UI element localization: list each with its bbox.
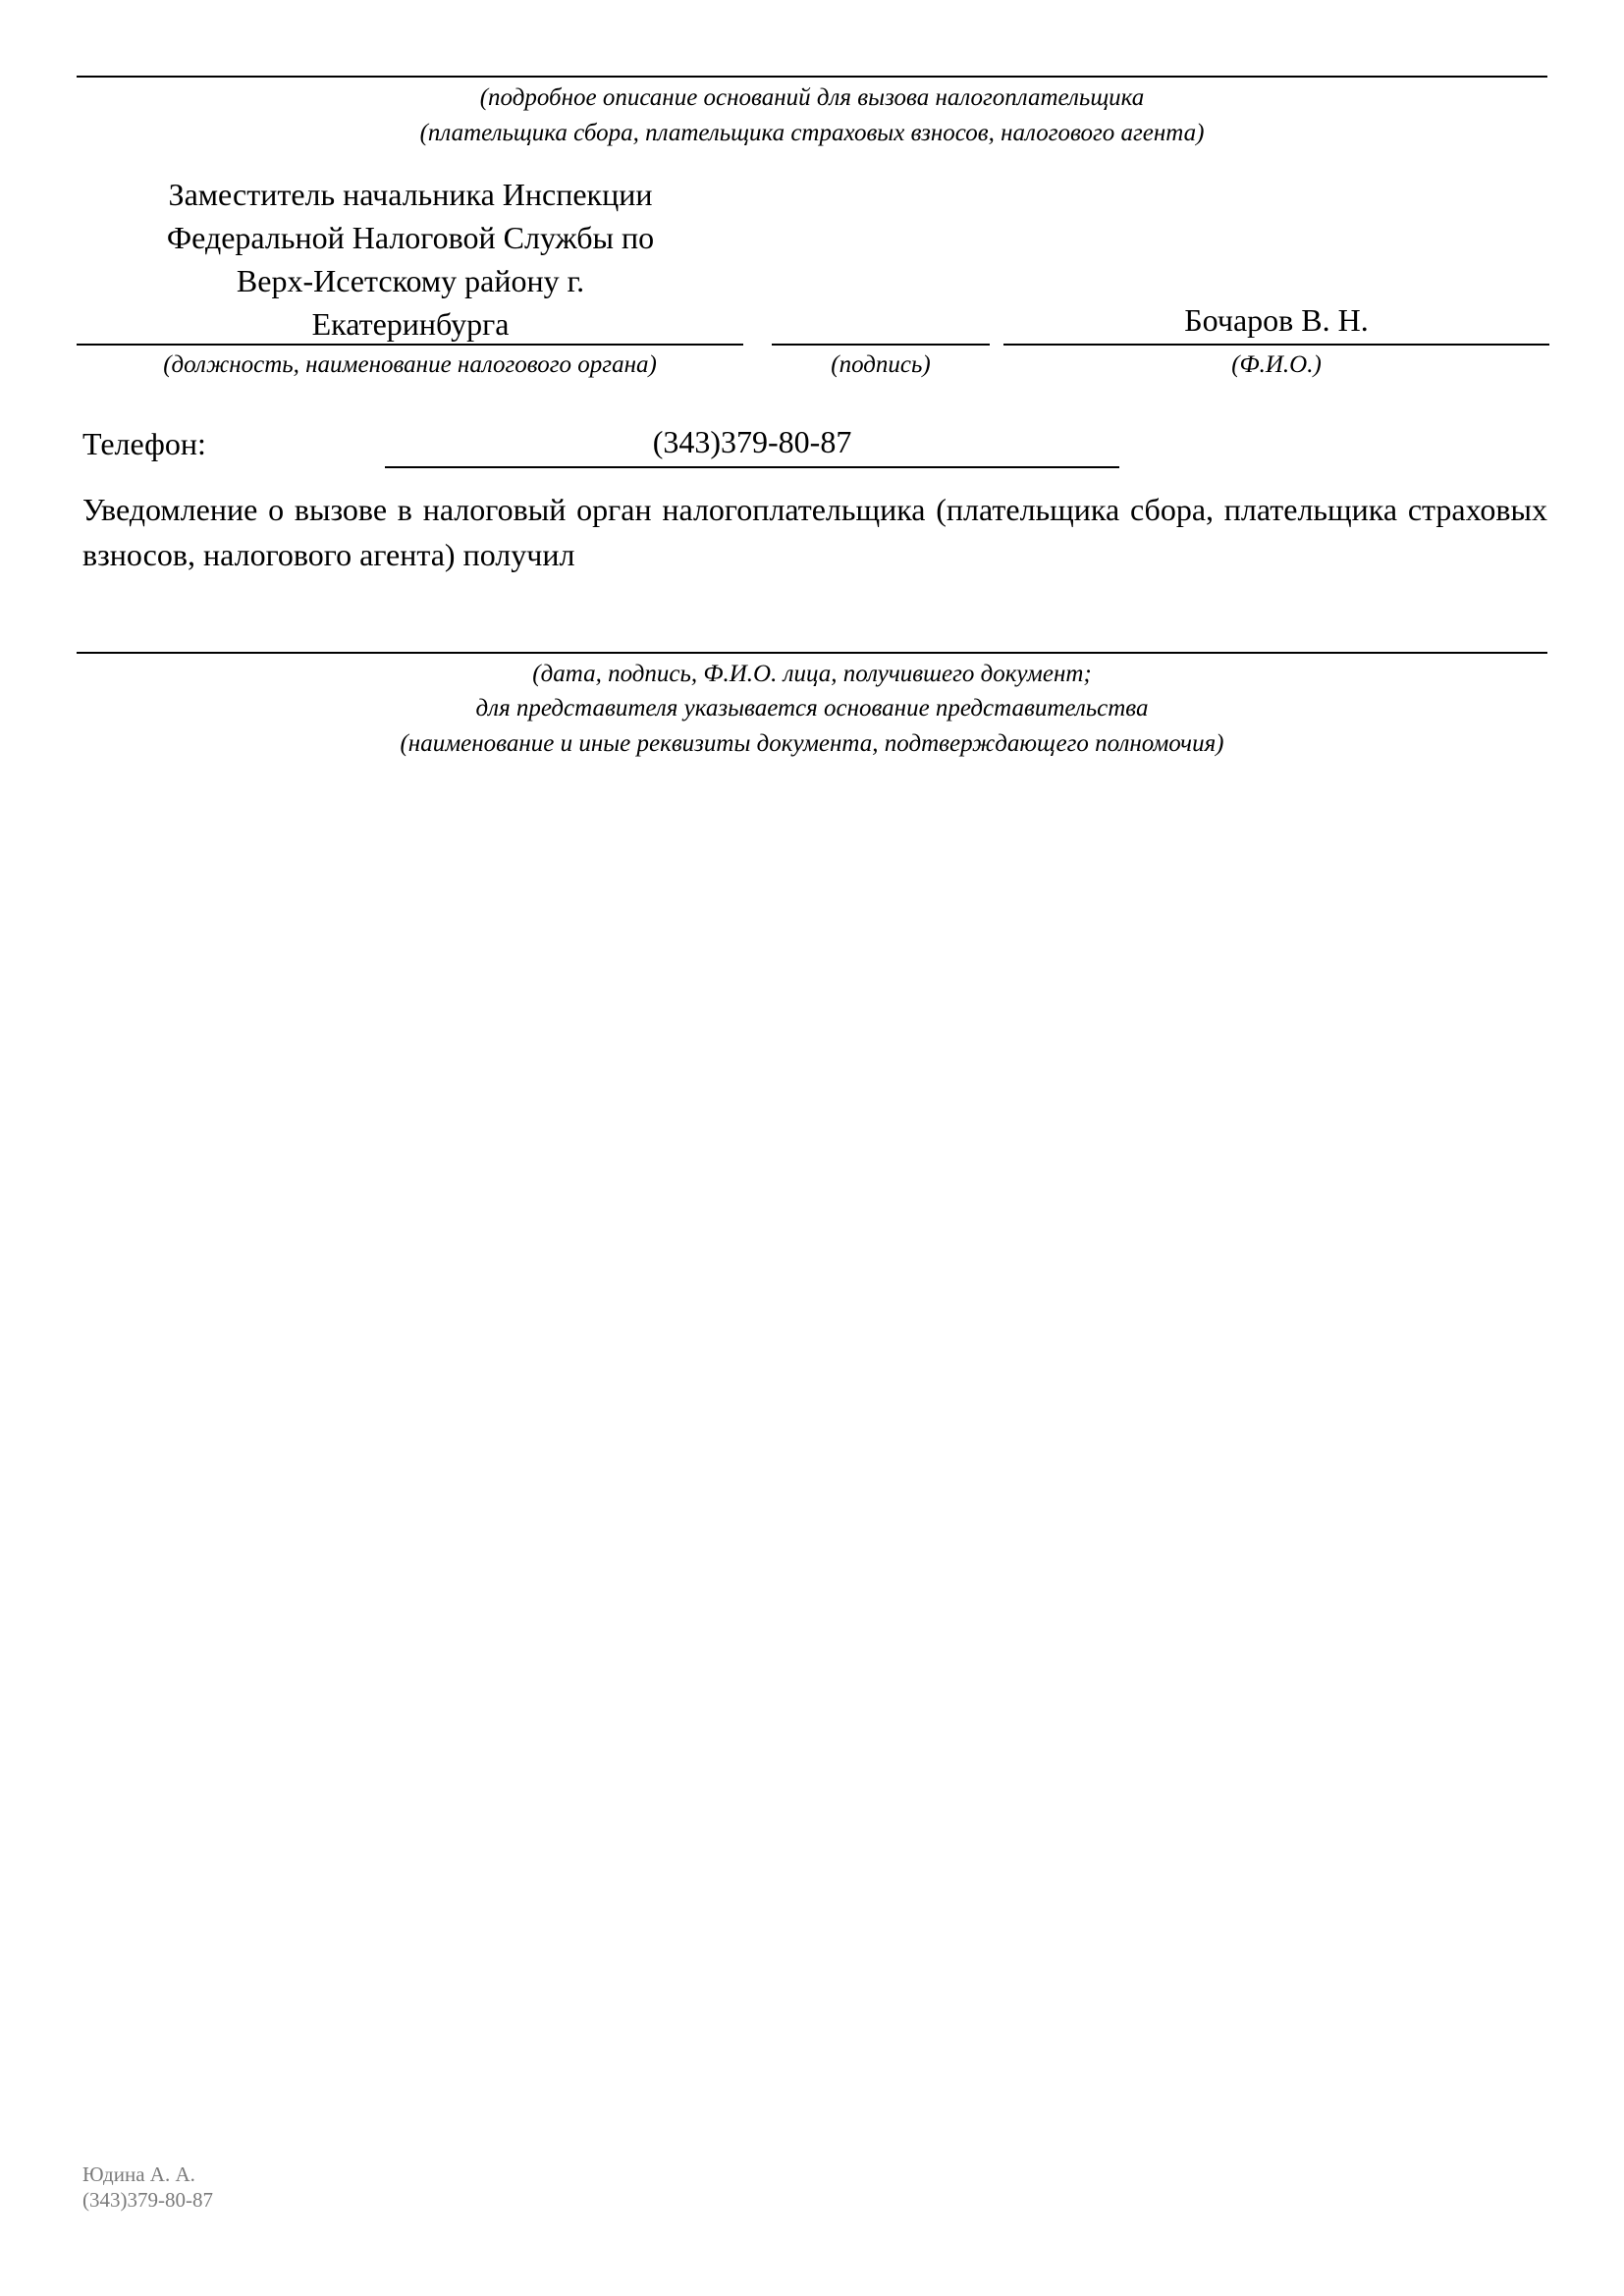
receipt-caption-line2: для представителя указывается основание … (77, 693, 1547, 724)
official-name: Бочаров В. Н. (1003, 300, 1549, 340)
phone-label: Телефон: (82, 424, 206, 463)
reason-caption-line2: (плательщика сбора, плательщика страховы… (77, 118, 1547, 149)
position-line: Заместитель начальника Инспекции (77, 173, 744, 216)
signature-line (772, 344, 990, 346)
position-caption: (должность, наименование налогового орга… (77, 349, 743, 381)
position-line: Федеральной Налоговой Службы по (77, 216, 744, 259)
receipt-caption-line3: (наименование и иные реквизиты документа… (77, 728, 1547, 760)
executor-phone: (343)379-80-87 (82, 2187, 213, 2213)
signature-caption: (подпись) (772, 349, 990, 381)
official-name-line (1003, 344, 1549, 346)
receipt-caption-line1: (дата, подпись, Ф.И.О. лица, получившего… (77, 659, 1547, 690)
position-line: Екатеринбурга (77, 302, 744, 346)
position-title: Заместитель начальника Инспекции Федерал… (77, 173, 744, 346)
position-line-rule (77, 344, 743, 346)
official-name-caption: (Ф.И.О.) (1003, 349, 1549, 381)
reason-description-line (77, 76, 1547, 78)
executor-name: Юдина А. А. (82, 2162, 195, 2187)
phone-line (385, 466, 1119, 468)
reason-caption-line1: (подробное описание оснований для вызова… (77, 82, 1547, 114)
receipt-text: Уведомление о вызове в налоговый орган н… (82, 487, 1547, 577)
receipt-line (77, 652, 1547, 654)
position-line: Верх-Исетскому району г. (77, 259, 744, 302)
phone-value: (343)379-80-87 (385, 422, 1119, 461)
